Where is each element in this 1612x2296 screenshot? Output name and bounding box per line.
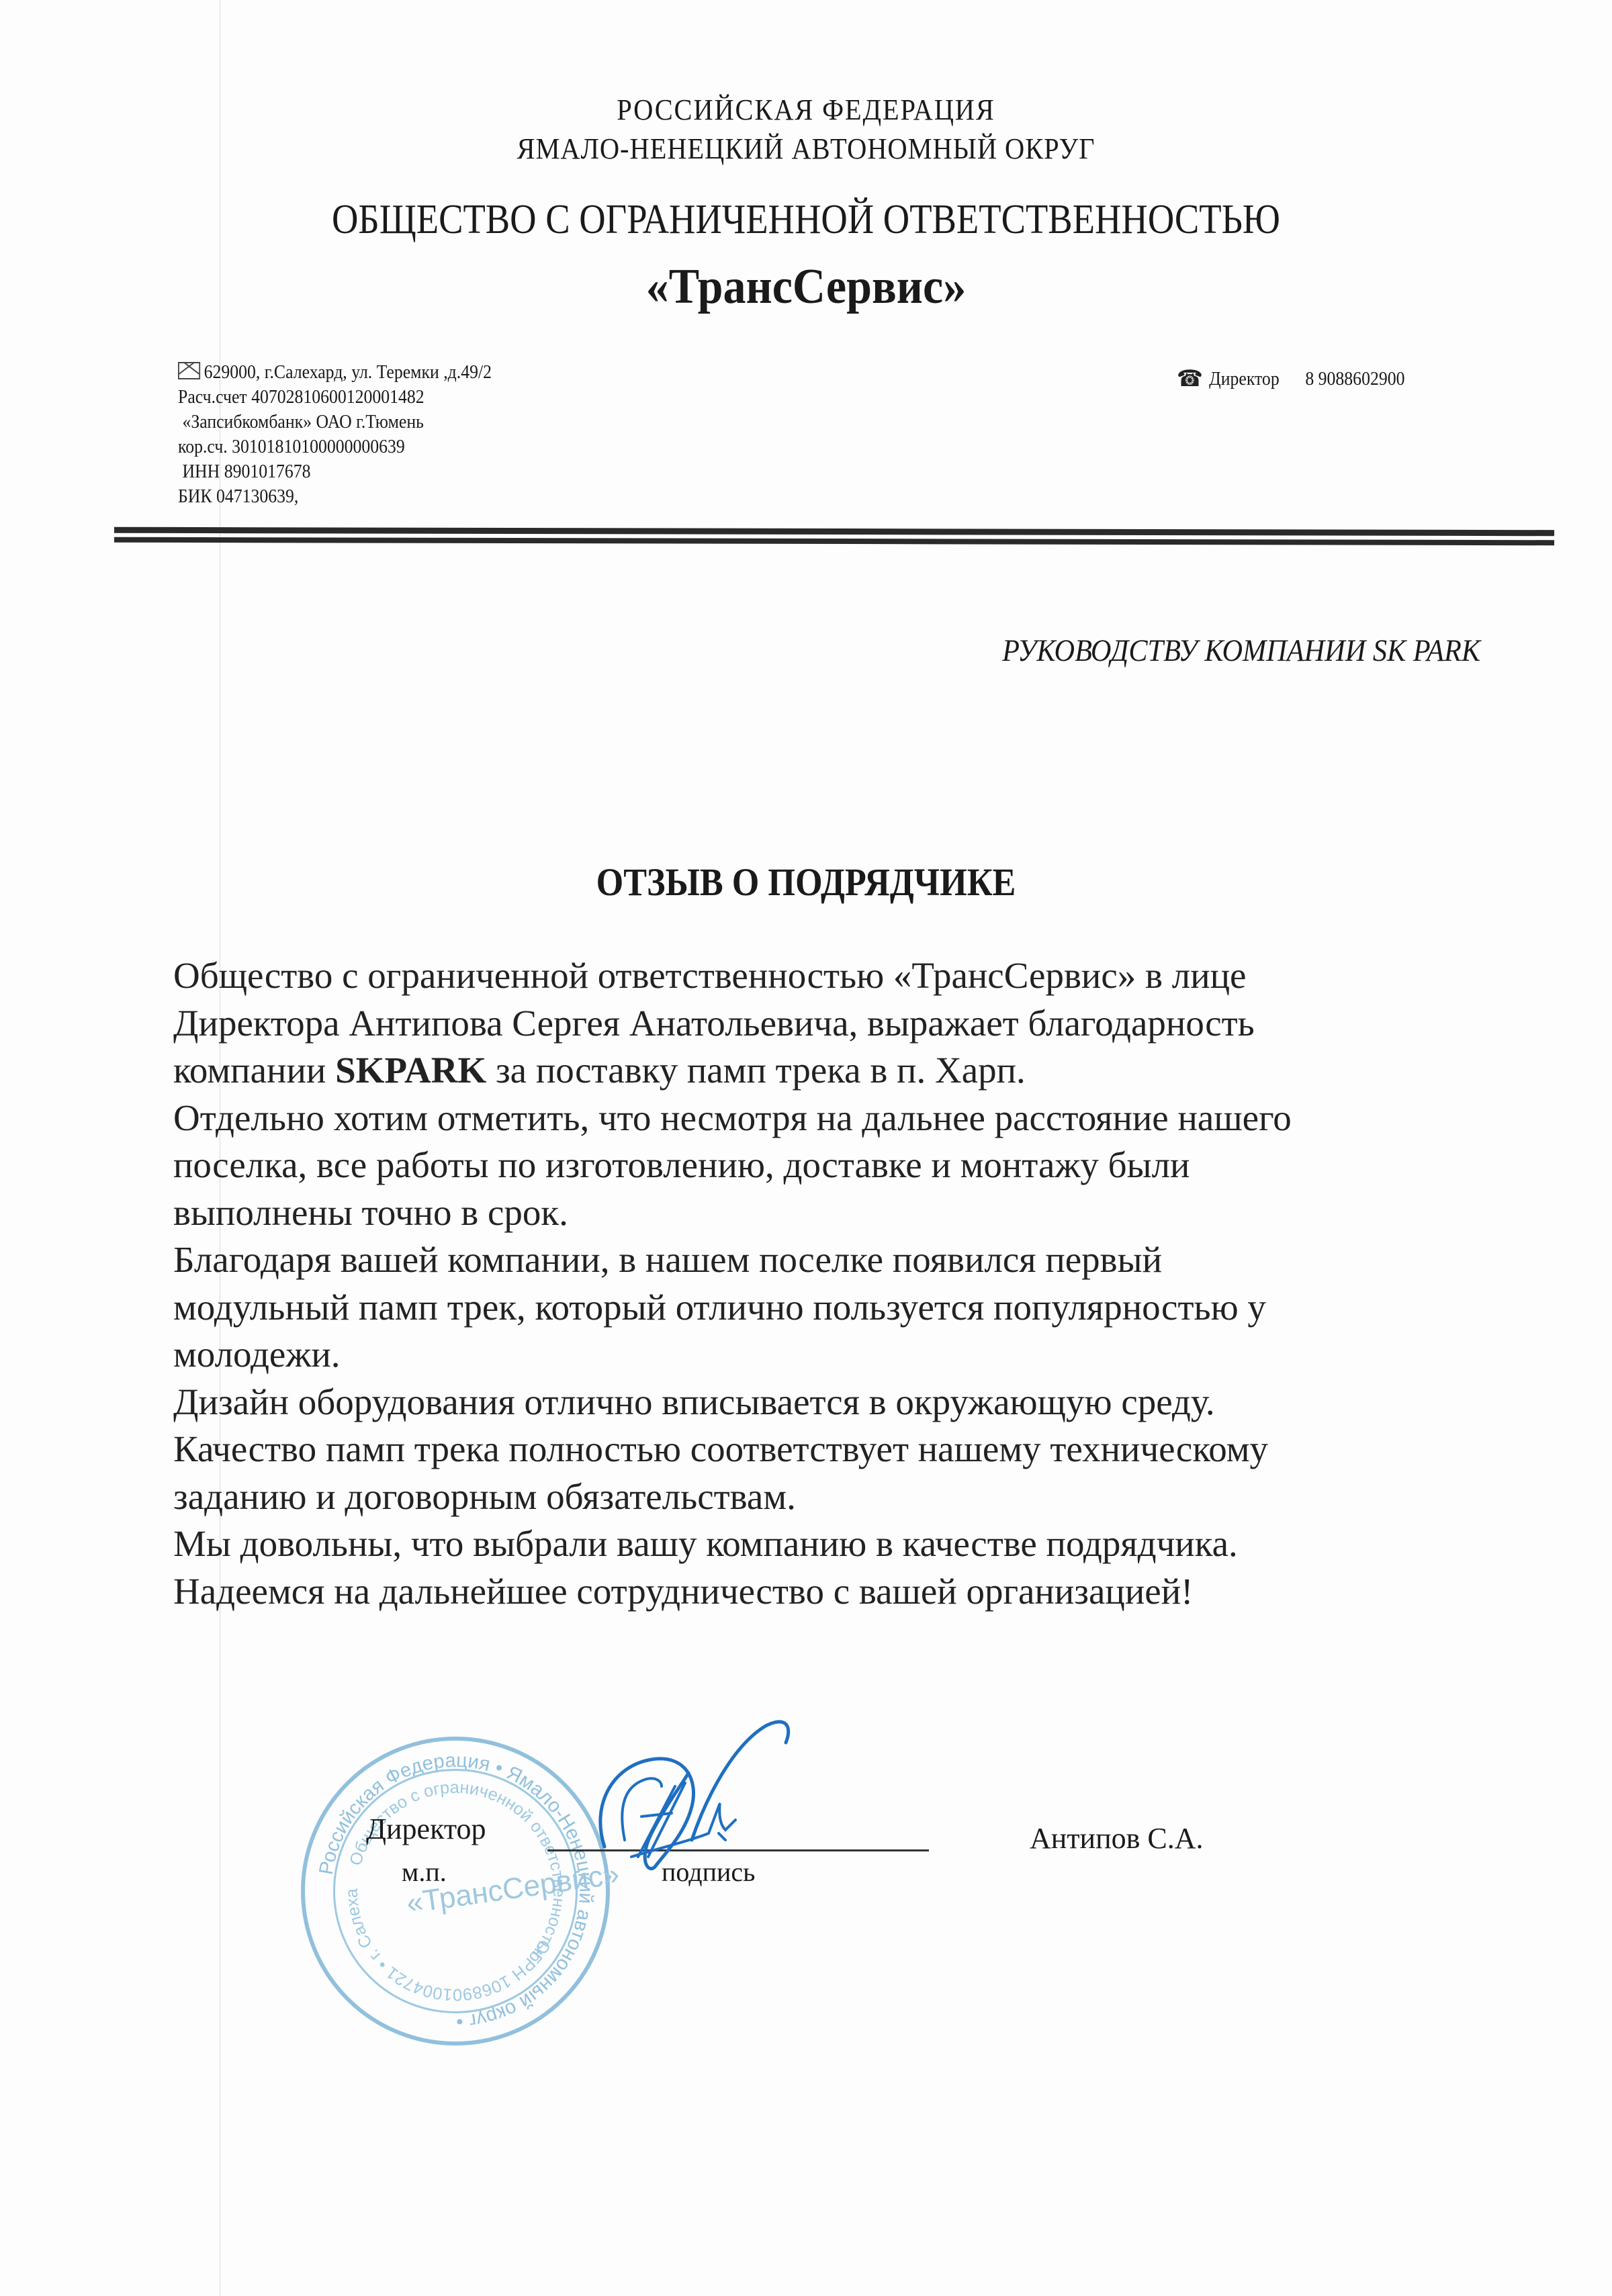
body-line: заданию и договорным обязательствам. — [173, 1473, 1292, 1521]
corr-account-line: кор.сч. 30101810100000000639 — [178, 434, 492, 459]
letter-page: РОССИЙСКАЯ ФЕДЕРАЦИЯ ЯМАЛО-НЕНЕЦКИЙ АВТО… — [0, 0, 1612, 2296]
contact-role: Директор — [1209, 369, 1280, 389]
bik-line: БИК 047130639, — [178, 484, 492, 509]
body-line: молодежи. — [173, 1331, 1292, 1379]
director-contact: ☎Директор8 9088602900 — [1177, 365, 1404, 392]
body-line: Качество памп трека полностью соответств… — [173, 1426, 1292, 1473]
svg-text:Общество с ограниченной ответс: Общество с ограниченной ответственностью — [346, 1778, 568, 1967]
body-line: Общество с ограниченной ответственностью… — [173, 952, 1292, 1000]
stamp-outer-text: Российская Федерация • Ямало-Ненецкий ав… — [316, 1750, 597, 2032]
letterhead-divider-top — [114, 527, 1554, 536]
body-line-rest: за поставку памп трека в п. Харп. — [496, 1050, 1026, 1091]
body-line-prefix: компании — [173, 1050, 335, 1091]
signatory-name: Антипов С.А. — [1030, 1821, 1204, 1855]
body-line: Директора Антипова Сергея Анатольевича, … — [173, 1000, 1292, 1048]
stamp-text-ring: Российская Федерация • Ямало-Ненецкий ав… — [305, 1741, 606, 2041]
document-title: ОТЗЫВ О ПОДРЯДЧИКЕ — [81, 860, 1531, 905]
telephone-icon: ☎ — [1177, 365, 1203, 392]
letterhead-org-name: «ТрансСервис» — [64, 259, 1548, 316]
company-name-bold: SKPARK — [335, 1050, 486, 1091]
body-line: Отдельно хотим отметить, что несмотря на… — [173, 1095, 1292, 1142]
envelope-icon — [178, 362, 200, 379]
inn-line: ИНН 8901017678 — [178, 459, 492, 484]
address-text: 629000, г.Салехард, ул. Теремки ,д.49/2 — [204, 362, 492, 383]
body-line: Благодаря вашей компании, в нашем поселк… — [173, 1236, 1292, 1284]
company-seal-stamp: Российская Федерация • Ямало-Ненецкий ав… — [301, 1737, 610, 2046]
body-line: поселка, все работы по изготовлению, дос… — [173, 1142, 1292, 1189]
signatory-role: Директор — [366, 1812, 486, 1846]
body-line: выполнены точно в срок. — [173, 1189, 1292, 1237]
contact-phone: 8 9088602900 — [1305, 369, 1404, 389]
body-line: Надеемся на дальнейшее сотрудничество с … — [173, 1568, 1292, 1616]
stamp-inner-text: Общество с ограниченной ответственностью — [346, 1778, 568, 1967]
letter-body: Общество с ограниченной ответственностью… — [173, 952, 1292, 1615]
seal-place-label: м.п. — [402, 1856, 447, 1888]
letterhead-region: ЯМАЛО-НЕНЕЦКИЙ АВТОНОМНЫЙ ОКРУГ — [64, 132, 1548, 166]
company-requisites: 629000, г.Салехард, ул. Теремки ,д.49/2 … — [178, 360, 492, 509]
address-line: 629000, г.Салехард, ул. Теремки ,д.49/2 — [178, 360, 492, 385]
body-line: модульный памп трек, который отлично пол… — [173, 1284, 1292, 1332]
body-line: компании SKPARK за поставку памп трека в… — [173, 1047, 1292, 1095]
addressee: РУКОВОДСТВУ КОМПАНИИ SK PARK — [1002, 633, 1480, 669]
handwritten-signature — [591, 1706, 880, 1880]
svg-text:Российская Федерация • Ямало-Н: Российская Федерация • Ямало-Ненецкий ав… — [316, 1750, 597, 2032]
account-line: Расч.счет 40702810600120001482 — [178, 385, 492, 410]
body-line: Мы довольны, что выбрали вашу компанию в… — [173, 1520, 1292, 1568]
body-line: Дизайн оборудования отлично вписывается … — [173, 1379, 1292, 1426]
letterhead-divider-bottom — [114, 537, 1554, 545]
letterhead-org-type: ОБЩЕСТВО С ОГРАНИЧЕННОЙ ОТВЕТСТВЕННОСТЬЮ — [97, 196, 1515, 244]
letterhead-country: РОССИЙСКАЯ ФЕДЕРАЦИЯ — [64, 93, 1548, 127]
bank-line: «Запсибкомбанк» ОАО г.Тюмень — [178, 410, 492, 434]
